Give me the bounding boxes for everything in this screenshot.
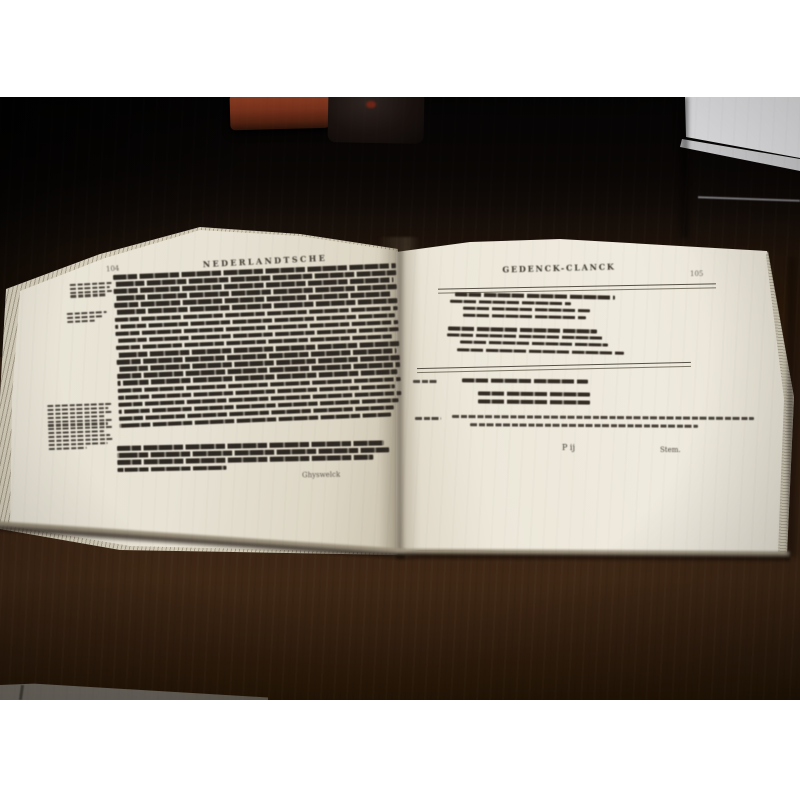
- photo-vignette: [0, 97, 800, 700]
- photo-of-open-antique-book: 104 NEDERLANDTSCHE Ghyswelck GEDENCK-CLA…: [0, 0, 800, 800]
- white-letterbox-top: [0, 0, 800, 97]
- white-letterbox-bottom: [0, 700, 800, 800]
- photograph-area: 104 NEDERLANDTSCHE Ghyswelck GEDENCK-CLA…: [0, 97, 800, 700]
